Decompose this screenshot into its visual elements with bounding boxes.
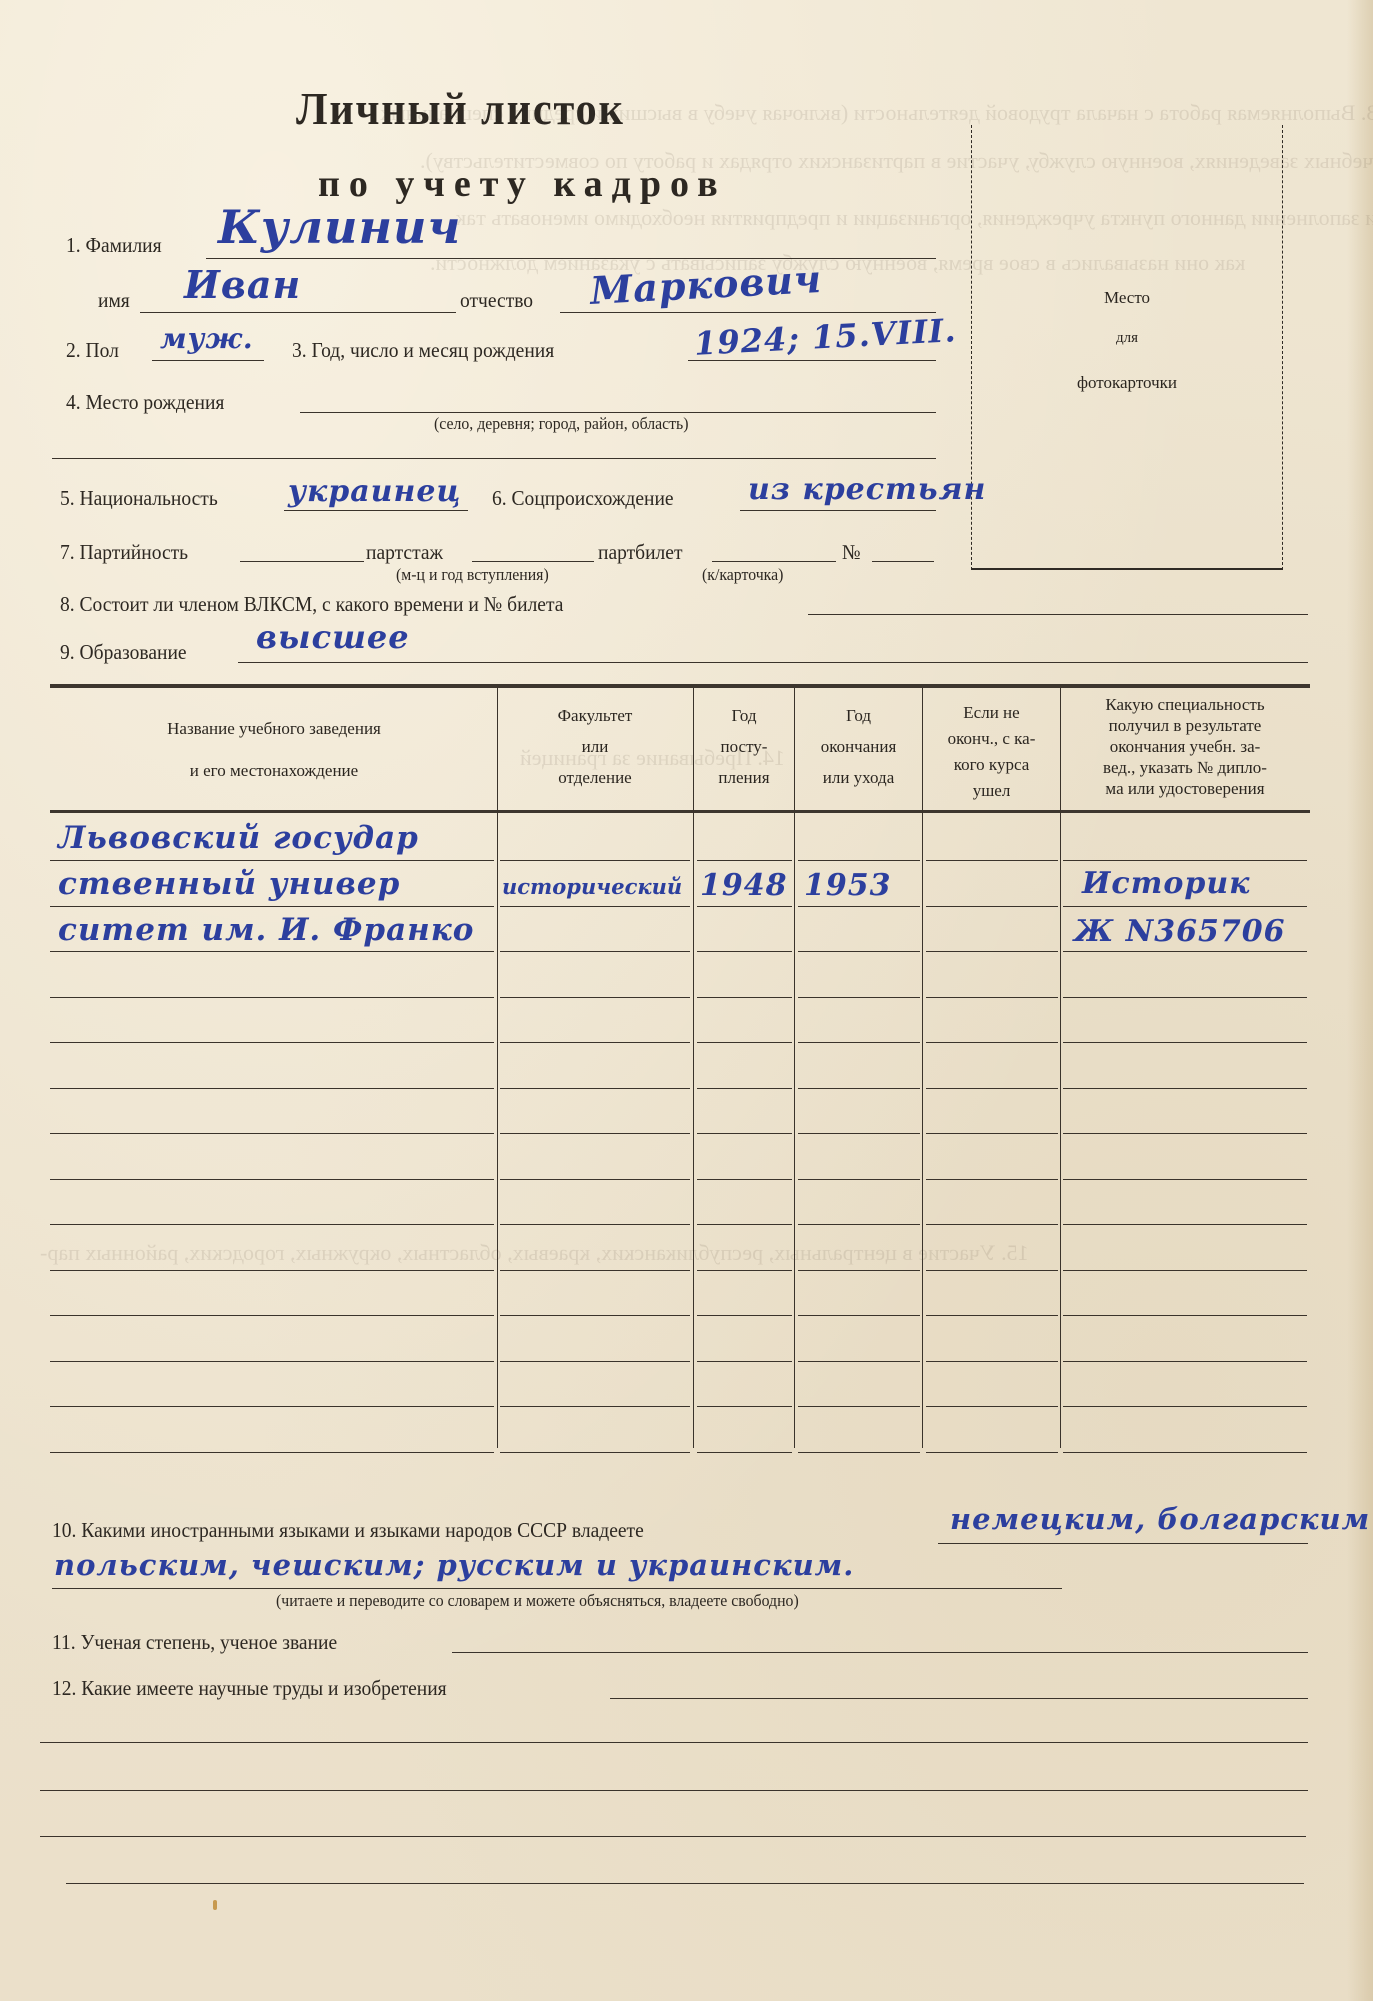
table-row-rule bbox=[697, 1315, 792, 1316]
table-column-divider bbox=[1060, 688, 1061, 1448]
table-row-rule bbox=[500, 1042, 690, 1043]
table-row-rule bbox=[697, 860, 792, 861]
table-header-faculty: Факультет или отделение bbox=[498, 700, 692, 793]
table-header-left-course: Если не оконч., с ка- кого курса ушел bbox=[923, 700, 1060, 804]
table-column-divider bbox=[693, 688, 694, 1448]
first-name-underline bbox=[140, 312, 456, 313]
table-row-rule bbox=[500, 1361, 690, 1362]
works-underline-3 bbox=[40, 1790, 1308, 1791]
table-row-rule bbox=[926, 1315, 1058, 1316]
photo-placeholder-box: Место для фотокарточки bbox=[971, 125, 1283, 570]
table-row-rule bbox=[697, 1042, 792, 1043]
works-underline-5 bbox=[66, 1883, 1304, 1884]
languages-label: 10. Какими иностранными языками и языкам… bbox=[52, 1518, 644, 1543]
table-row-rule bbox=[50, 1361, 494, 1362]
header-line: и его местонахождение bbox=[52, 750, 496, 792]
table-row-rule bbox=[500, 1179, 690, 1180]
table-row-rule bbox=[798, 1042, 920, 1043]
table-row-rule bbox=[50, 1452, 494, 1453]
patronymic-underline bbox=[560, 312, 936, 313]
table-row-rule bbox=[1063, 1042, 1307, 1043]
education-field[interactable]: высшее bbox=[256, 618, 410, 656]
social-origin-underline bbox=[740, 510, 936, 511]
nationality-underline bbox=[284, 510, 468, 511]
table-row-rule bbox=[798, 1133, 920, 1134]
table-row-rule bbox=[926, 1270, 1058, 1271]
table-row-rule bbox=[798, 1224, 920, 1225]
education-label: 9. Образование bbox=[60, 640, 187, 665]
table-row-rule bbox=[500, 1224, 690, 1225]
languages-underline bbox=[938, 1543, 1308, 1544]
works-underline-2 bbox=[40, 1742, 1308, 1743]
header-line: ушел bbox=[923, 778, 1060, 804]
table-row-rule bbox=[697, 1224, 792, 1225]
patronymic-label: отчество bbox=[460, 288, 533, 313]
table-row-rule bbox=[798, 860, 920, 861]
party-card-hint: (к/карточка) bbox=[702, 565, 783, 585]
party-tenure-hint: (м-ц и год вступления) bbox=[396, 565, 549, 585]
komsomol-label: 8. Состоит ли членом ВЛКСМ, с какого вре… bbox=[60, 592, 563, 617]
table-row-rule bbox=[500, 1088, 690, 1089]
table-row-rule bbox=[926, 997, 1058, 998]
table-row-rule bbox=[1063, 906, 1307, 907]
diploma-number-cell[interactable]: Ж N365706 bbox=[1074, 914, 1285, 949]
table-row-rule bbox=[798, 1361, 920, 1362]
education-underline bbox=[238, 662, 1308, 663]
bleed-through-text: 15. Участие в центральных, республиканск… bbox=[40, 1240, 1029, 1266]
table-header-bottom-border bbox=[50, 810, 1310, 813]
header-line: или bbox=[498, 731, 692, 762]
table-row-rule bbox=[1063, 860, 1307, 861]
table-row-rule bbox=[1063, 1224, 1307, 1225]
surname-label: 1. Фамилия bbox=[66, 233, 162, 258]
header-line: Если не bbox=[923, 700, 1060, 726]
table-column-divider bbox=[497, 688, 498, 1448]
table-row-rule bbox=[1063, 1315, 1307, 1316]
sex-field[interactable]: муж. bbox=[160, 322, 254, 355]
table-row-rule bbox=[926, 1361, 1058, 1362]
languages-field-line1[interactable]: немецким, болгарским bbox=[950, 1502, 1370, 1536]
table-row-rule bbox=[1063, 1133, 1307, 1134]
table-header-institution: Название учебного заведения и его местон… bbox=[52, 708, 496, 792]
table-row-rule bbox=[500, 1270, 690, 1271]
birth-place-label: 4. Место рождения bbox=[66, 390, 224, 415]
table-row-rule bbox=[1063, 1270, 1307, 1271]
table-row-rule bbox=[926, 860, 1058, 861]
table-row-rule bbox=[50, 1179, 494, 1180]
table-row-rule bbox=[798, 1315, 920, 1316]
table-row-rule bbox=[1063, 1406, 1307, 1407]
table-row-rule bbox=[926, 1406, 1058, 1407]
faculty-cell[interactable]: исторический bbox=[502, 874, 682, 899]
paper-edge-shadow bbox=[1347, 0, 1373, 2001]
komsomol-underline bbox=[808, 614, 1308, 615]
table-row-rule bbox=[50, 906, 494, 907]
table-row-rule bbox=[50, 1133, 494, 1134]
header-line: окончания учебн. за- bbox=[1061, 736, 1309, 757]
table-row-rule bbox=[1063, 997, 1307, 998]
works-underline-4 bbox=[40, 1836, 1306, 1837]
header-line: кого курса bbox=[923, 752, 1060, 778]
sex-underline bbox=[152, 360, 264, 361]
first-name-field[interactable]: Иван bbox=[184, 262, 301, 307]
table-row-rule bbox=[500, 1406, 690, 1407]
table-row-rule bbox=[50, 1224, 494, 1225]
header-line: Факультет bbox=[498, 700, 692, 731]
photo-label-line3: фотокарточки bbox=[972, 373, 1282, 393]
surname-underline bbox=[206, 258, 936, 259]
table-row-rule bbox=[798, 1452, 920, 1453]
table-row-rule bbox=[1063, 951, 1307, 952]
table-row-rule bbox=[798, 951, 920, 952]
header-line: Какую специальность bbox=[1061, 694, 1309, 715]
table-row-rule bbox=[926, 1224, 1058, 1225]
table-row-rule bbox=[697, 906, 792, 907]
table-row-rule bbox=[1063, 1361, 1307, 1362]
header-line: Год bbox=[694, 700, 794, 731]
party-tenure-underline bbox=[472, 561, 594, 562]
header-line: оконч., с ка- bbox=[923, 726, 1060, 752]
header-line: окончания bbox=[795, 731, 922, 762]
header-line: ма или удостоверения bbox=[1061, 778, 1309, 799]
languages-hint: (читаете и переводите со словарем и може… bbox=[276, 1591, 799, 1611]
table-row-rule bbox=[798, 1179, 920, 1180]
party-number-label: № bbox=[842, 540, 861, 565]
photo-label-line2: для bbox=[972, 330, 1282, 347]
table-header-year-finished: Год окончания или ухода bbox=[795, 700, 922, 793]
table-row-rule bbox=[500, 1133, 690, 1134]
party-card-label: партбилет bbox=[598, 540, 683, 565]
table-row-rule bbox=[500, 860, 690, 861]
table-row-rule bbox=[1063, 1179, 1307, 1180]
table-row-rule bbox=[697, 951, 792, 952]
table-top-border bbox=[50, 684, 1310, 688]
table-row-rule bbox=[50, 860, 494, 861]
nationality-label: 5. Национальность bbox=[60, 486, 218, 511]
table-row-rule bbox=[926, 951, 1058, 952]
birth-place-hint: (село, деревня; город, район, область) bbox=[434, 414, 689, 434]
party-label: 7. Партийность bbox=[60, 540, 188, 565]
table-row-rule bbox=[50, 1406, 494, 1407]
table-row-rule bbox=[500, 1315, 690, 1316]
table-row-rule bbox=[500, 906, 690, 907]
table-row-rule bbox=[697, 997, 792, 998]
table-column-divider bbox=[794, 688, 795, 1448]
header-line: получил в результате bbox=[1061, 715, 1309, 736]
table-row-rule bbox=[50, 1315, 494, 1316]
table-row-rule bbox=[50, 1042, 494, 1043]
table-row-rule bbox=[926, 1452, 1058, 1453]
header-line: посту- bbox=[694, 731, 794, 762]
table-row-rule bbox=[50, 1088, 494, 1089]
birth-place-underline-2 bbox=[52, 458, 936, 459]
table-row-rule bbox=[697, 1452, 792, 1453]
table-row-rule bbox=[1063, 1088, 1307, 1089]
table-row-rule bbox=[697, 1133, 792, 1134]
party-number-underline bbox=[872, 561, 934, 562]
table-row-rule bbox=[798, 1088, 920, 1089]
birth-date-field[interactable]: 1924; 15.VIII. bbox=[693, 311, 957, 363]
languages-field-line2[interactable]: польским, чешским; русским и украинским. bbox=[54, 1548, 854, 1582]
table-row-rule bbox=[1063, 1452, 1307, 1453]
table-row-rule bbox=[926, 1133, 1058, 1134]
works-underline bbox=[610, 1698, 1308, 1699]
table-row-rule bbox=[926, 1042, 1058, 1043]
party-card-underline bbox=[712, 561, 836, 562]
table-row-rule bbox=[50, 951, 494, 952]
table-row-rule bbox=[798, 997, 920, 998]
table-row-rule bbox=[926, 1179, 1058, 1180]
table-header-specialty: Какую специальность получил в результате… bbox=[1061, 694, 1309, 799]
institution-cell-line1[interactable]: Львовский государ bbox=[58, 820, 419, 856]
works-label: 12. Какие имеете научные труды и изобрет… bbox=[52, 1676, 447, 1701]
table-row-rule bbox=[697, 1361, 792, 1362]
table-row-rule bbox=[50, 997, 494, 998]
year-entered-cell[interactable]: 1948 bbox=[700, 868, 788, 903]
table-row-rule bbox=[798, 906, 920, 907]
social-origin-field[interactable]: из крестьян bbox=[748, 472, 986, 507]
table-row-rule bbox=[798, 1406, 920, 1407]
table-header-year-entered: Год посту- пления bbox=[694, 700, 794, 793]
paper-stain bbox=[213, 1900, 217, 1910]
header-line: Год bbox=[795, 700, 922, 731]
header-line: Название учебного заведения bbox=[52, 708, 496, 750]
header-line: или ухода bbox=[795, 762, 922, 793]
table-row-rule bbox=[926, 1088, 1058, 1089]
nationality-field[interactable]: украинец bbox=[288, 474, 462, 509]
social-origin-label: 6. Соцпроисхождение bbox=[492, 486, 674, 511]
year-finished-cell[interactable]: 1953 bbox=[804, 868, 892, 903]
table-row-rule bbox=[697, 1088, 792, 1089]
table-row-rule bbox=[500, 997, 690, 998]
degree-underline bbox=[452, 1652, 1308, 1653]
birth-place-underline bbox=[300, 412, 936, 413]
birth-date-label: 3. Год, число и месяц рождения bbox=[292, 338, 554, 363]
table-row-rule bbox=[50, 1270, 494, 1271]
institution-cell-line3[interactable]: ситет им. И. Франко bbox=[58, 912, 474, 948]
table-row-rule bbox=[500, 1452, 690, 1453]
header-line: отделение bbox=[498, 762, 692, 793]
institution-cell-line2[interactable]: ственный универ bbox=[58, 866, 400, 902]
table-row-rule bbox=[697, 1179, 792, 1180]
form-title: Личный листок bbox=[296, 82, 625, 135]
party-underline bbox=[240, 561, 364, 562]
surname-field[interactable]: Кулинич bbox=[218, 200, 461, 254]
party-tenure-label: партстаж bbox=[366, 540, 443, 565]
first-name-label: имя bbox=[98, 288, 130, 313]
table-row-rule bbox=[500, 951, 690, 952]
table-row-rule bbox=[798, 1270, 920, 1271]
header-line: вед., указать № дипло- bbox=[1061, 757, 1309, 778]
specialty-cell[interactable]: Историк bbox=[1082, 866, 1250, 901]
table-row-rule bbox=[697, 1270, 792, 1271]
header-line: пления bbox=[694, 762, 794, 793]
degree-label: 11. Ученая степень, ученое звание bbox=[52, 1630, 337, 1655]
left-course-cell[interactable] bbox=[930, 868, 1050, 904]
languages-underline-2 bbox=[52, 1588, 1062, 1589]
table-row-rule bbox=[926, 906, 1058, 907]
sex-label: 2. Пол bbox=[66, 338, 119, 363]
table-row-rule bbox=[697, 1406, 792, 1407]
photo-label-line1: Место bbox=[972, 288, 1282, 308]
